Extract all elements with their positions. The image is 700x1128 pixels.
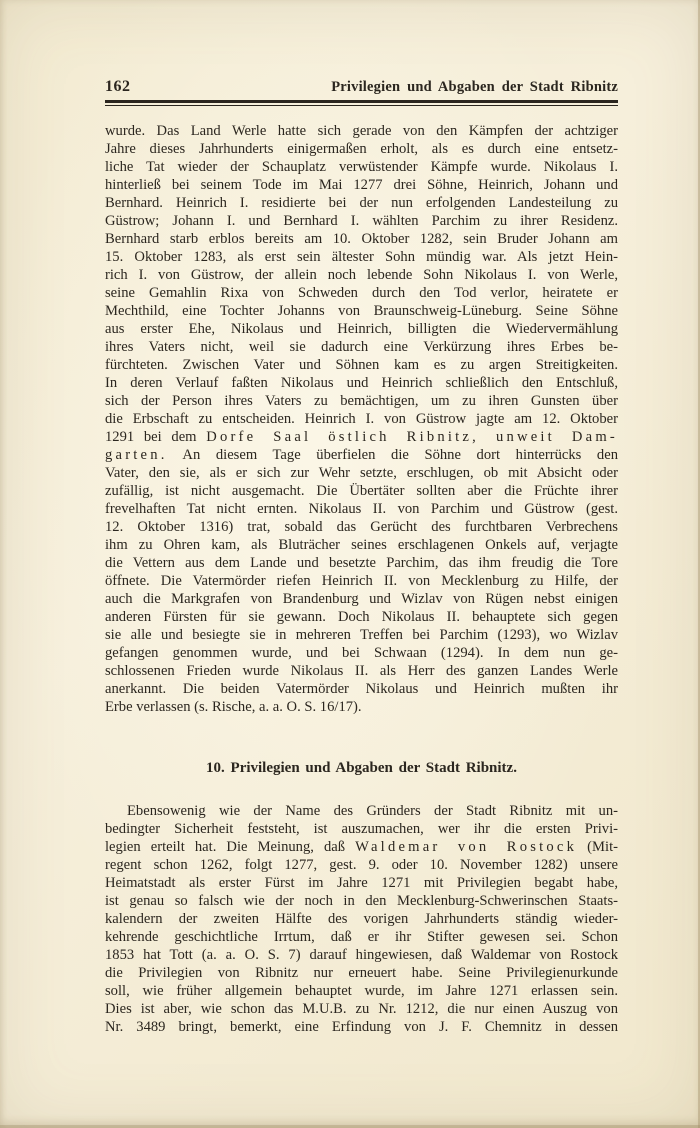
text-segment: 1853 hat Tott (a. a. O. S. 7) darauf hin…: [105, 947, 618, 963]
text-segment: kalendern der zweiten Hälfte des vorigen…: [105, 911, 618, 927]
text-segment: Nr. 3489 bringt, bemerkt, eine Erfindung…: [105, 1019, 618, 1035]
text-line: Mechthild, eine Tochter Johanns von Brau…: [105, 302, 618, 320]
text-line: legien erteilt hat. Die Meinung, daß Wal…: [105, 838, 618, 856]
text-segment: ihres Vaters nicht, weil sie dadurch ein…: [105, 339, 618, 355]
text-line: soll, wie früher allgemein behauptet wur…: [105, 982, 618, 1000]
running-header-title: Privilegien und Abgaben der Stadt Ribnit…: [331, 79, 618, 96]
letterspaced-text: Waldemar von Rostock: [355, 839, 577, 855]
text-segment: In deren Verlauf faßten Nikolaus und Hei…: [105, 375, 618, 391]
text-line: anerkannt. Die beiden Vatermörder Nikola…: [105, 680, 618, 698]
text-line: Güstrow; Johann I. und Bernhard I. wählt…: [105, 212, 618, 230]
text-segment: aus erster Ehe, Nikolaus und Heinrich, b…: [105, 321, 618, 337]
text-segment: Güstrow; Johann I. und Bernhard I. wählt…: [105, 213, 618, 229]
text-line: zufällig, ist nicht ausgemacht. Die Über…: [105, 482, 618, 500]
text-segment: hinterließ bei seinem Tode im Mai 1277 d…: [105, 177, 618, 193]
text-segment: sich der Person ihres Vaters zu bemächti…: [105, 393, 618, 409]
text-segment: zufällig, ist nicht ausgemacht. Die Über…: [105, 483, 618, 499]
text-line: Bernhard. Heinrich I. residierte bei der…: [105, 194, 618, 212]
text-segment: Ebensowenig wie der Name des Gründers de…: [127, 803, 618, 819]
text-line: ist genau so falsch wie der noch in den …: [105, 892, 618, 910]
text-line: kalendern der zweiten Hälfte des vorigen…: [105, 910, 618, 928]
text-line: seine Gemahlin Rixa von Schweden durch d…: [105, 284, 618, 302]
text-line: Ebensowenig wie der Name des Gründers de…: [105, 802, 618, 820]
text-segment: ist genau so falsch wie der noch in den …: [105, 893, 618, 909]
text-segment: Mechthild, eine Tochter Johanns von Brau…: [105, 303, 618, 319]
text-segment: regent schon 1262, folgt 1277, gest. 9. …: [105, 857, 618, 873]
page-header: 162 Privilegien und Abgaben der Stadt Ri…: [105, 0, 618, 96]
text-line: hinterließ bei seinem Tode im Mai 1277 d…: [105, 176, 618, 194]
text-segment: rich I. von Güstrow, der allein noch leb…: [105, 267, 618, 283]
text-segment: Bernhard starb erblos bereits am 10. Okt…: [105, 231, 618, 247]
text-segment: Vater, den sie, als er sich zur Wehr set…: [105, 465, 618, 481]
text-segment: die Erbschaft zu entscheiden. Heinrich I…: [105, 411, 618, 427]
text-line: sie alle und besiegte sie in mehreren Tr…: [105, 626, 618, 644]
text-segment: wurde. Das Land Werle hatte sich gerade …: [105, 123, 618, 139]
text-line: Dies ist aber, wie schon das M.U.B. zu N…: [105, 1000, 618, 1018]
text-line: schlossenen Frieden wurde Nikolaus II. a…: [105, 662, 618, 680]
text-line: die Vettern aus dem Lande und besetzte P…: [105, 554, 618, 572]
paragraph-privileges-ribnitz: Ebensowenig wie der Name des Gründers de…: [105, 802, 618, 1036]
text-segment: Erbe verlassen (s. Rische, a. a. O. S. 1…: [105, 699, 362, 715]
text-line: garten. An diesem Tage überfielen die Sö…: [105, 446, 618, 464]
text-line: die Privilegien von Ribnitz nur erneuert…: [105, 964, 618, 982]
text-segment: sie alle und besiegte sie in mehreren Tr…: [105, 627, 618, 643]
text-segment: fürchteten. Zwischen Vater und Söhnen ka…: [105, 357, 618, 373]
text-line: öffnete. Die Vatermörder riefen Heinrich…: [105, 572, 618, 590]
text-line: 1291 bei dem Dorfe Saal östlich Ribnitz,…: [105, 428, 618, 446]
text-line: aus erster Ehe, Nikolaus und Heinrich, b…: [105, 320, 618, 338]
header-rule-thin-line: [105, 105, 618, 106]
text-line: ihres Vaters nicht, weil sie dadurch ein…: [105, 338, 618, 356]
letterspaced-text: Dorfe Saal östlich Ribnitz, unweit Dam-: [206, 429, 618, 445]
text-segment: anderen Fürsten für sie gewann. Doch Nik…: [105, 609, 618, 625]
text-segment: öffnete. Die Vatermörder riefen Heinrich…: [105, 573, 618, 589]
text-line: Jahre dieses Jahrhunderts einigermaßen e…: [105, 140, 618, 158]
header-double-rule: [105, 100, 618, 106]
text-segment: soll, wie früher allgemein behauptet wur…: [105, 983, 618, 999]
text-segment: gefangen genommen wurde, und bei Schwaan…: [105, 645, 618, 661]
text-segment: seine Gemahlin Rixa von Schweden durch d…: [105, 285, 618, 301]
text-line: die Erbschaft zu entscheiden. Heinrich I…: [105, 410, 618, 428]
text-line: frevelhaften Tat nicht ernten. Nikolaus …: [105, 500, 618, 518]
text-segment: Jahre dieses Jahrhunderts einigermaßen e…: [105, 141, 618, 157]
text-segment: Heimatstadt als erster Fürst im Jahre 12…: [105, 875, 618, 891]
text-line: Erbe verlassen (s. Rische, a. a. O. S. 1…: [105, 698, 618, 716]
text-segment: bedingter Sicherheit feststeht, ist ausz…: [105, 821, 618, 837]
text-line: ihm zu Ohren kam, als Bluträcher seines …: [105, 536, 618, 554]
text-line: 15. Oktober 1283, als erst sein ältester…: [105, 248, 618, 266]
text-segment: die Privilegien von Ribnitz nur erneuert…: [105, 965, 618, 981]
book-page-scan: 162 Privilegien und Abgaben der Stadt Ri…: [0, 0, 700, 1128]
text-segment: 12. Oktober 1316) trat, sobald das Gerüc…: [105, 519, 618, 535]
text-line: bedingter Sicherheit feststeht, ist ausz…: [105, 820, 618, 838]
text-segment: Bernhard. Heinrich I. residierte bei der…: [105, 195, 618, 211]
text-segment: auch die Markgrafen von Brandenburg und …: [105, 591, 618, 607]
text-line: Bernhard starb erblos bereits am 10. Okt…: [105, 230, 618, 248]
text-line: kehrende geschichtliche Irrtum, daß er i…: [105, 928, 618, 946]
page-content: 162 Privilegien und Abgaben der Stadt Ri…: [105, 0, 618, 1036]
text-segment: anerkannt. Die beiden Vatermörder Nikola…: [105, 681, 618, 697]
header-rule-thick-line: [105, 100, 618, 103]
section-heading: 10. Privilegien und Abgaben der Stadt Ri…: [105, 760, 618, 777]
body-text: wurde. Das Land Werle hatte sich gerade …: [105, 122, 618, 1036]
text-line: 12. Oktober 1316) trat, sobald das Gerüc…: [105, 518, 618, 536]
text-line: rich I. von Güstrow, der allein noch leb…: [105, 266, 618, 284]
text-line: liche Tat wieder der Schauplatz verwüste…: [105, 158, 618, 176]
letterspaced-text: garten.: [105, 447, 168, 463]
text-segment: (Mit-: [577, 839, 618, 855]
text-segment: ihm zu Ohren kam, als Bluträcher seines …: [105, 537, 618, 553]
text-segment: liche Tat wieder der Schauplatz verwüste…: [105, 159, 618, 175]
text-line: 1853 hat Tott (a. a. O. S. 7) darauf hin…: [105, 946, 618, 964]
text-line: Nr. 3489 bringt, bemerkt, eine Erfindung…: [105, 1018, 618, 1036]
text-line: regent schon 1262, folgt 1277, gest. 9. …: [105, 856, 618, 874]
text-segment: 1291 bei dem: [105, 429, 206, 445]
paragraph-history-werle: wurde. Das Land Werle hatte sich gerade …: [105, 122, 618, 716]
text-line: gefangen genommen wurde, und bei Schwaan…: [105, 644, 618, 662]
text-line: In deren Verlauf faßten Nikolaus und Hei…: [105, 374, 618, 392]
text-segment: schlossenen Frieden wurde Nikolaus II. a…: [105, 663, 618, 679]
text-segment: kehrende geschichtliche Irrtum, daß er i…: [105, 929, 618, 945]
text-line: fürchteten. Zwischen Vater und Söhnen ka…: [105, 356, 618, 374]
text-segment: Dies ist aber, wie schon das M.U.B. zu N…: [105, 1001, 618, 1017]
text-line: anderen Fürsten für sie gewann. Doch Nik…: [105, 608, 618, 626]
text-line: sich der Person ihres Vaters zu bemächti…: [105, 392, 618, 410]
text-line: Heimatstadt als erster Fürst im Jahre 12…: [105, 874, 618, 892]
text-line: wurde. Das Land Werle hatte sich gerade …: [105, 122, 618, 140]
text-segment: legien erteilt hat. Die Meinung, daß: [105, 839, 355, 855]
text-segment: 15. Oktober 1283, als erst sein ältester…: [105, 249, 618, 265]
text-line: Vater, den sie, als er sich zur Wehr set…: [105, 464, 618, 482]
text-line: auch die Markgrafen von Brandenburg und …: [105, 590, 618, 608]
text-segment: frevelhaften Tat nicht ernten. Nikolaus …: [105, 501, 618, 517]
text-segment: die Vettern aus dem Lande und besetzte P…: [105, 555, 618, 571]
text-segment: An diesem Tage überfielen die Söhne dort…: [168, 447, 618, 463]
page-number: 162: [105, 78, 131, 96]
